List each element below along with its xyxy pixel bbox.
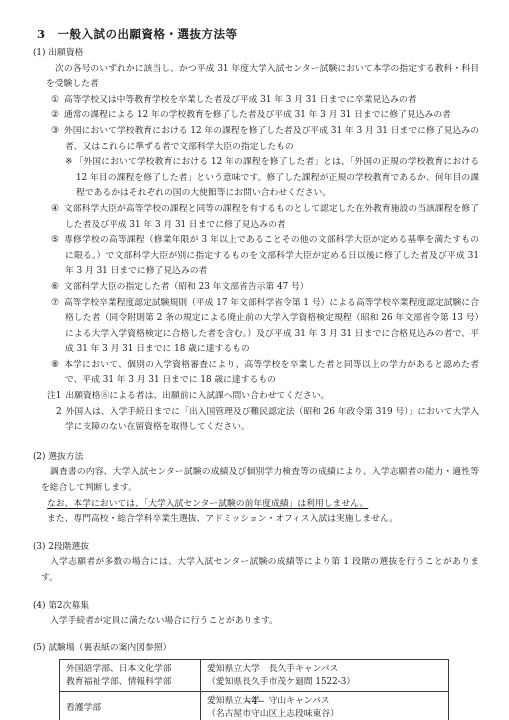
section-two-stage-selection: (3) 2段階選抜 入学志願者が多数の場合には、大学入試センター試験の成績等によ… (33, 540, 479, 587)
campus-cell: 愛知県立大学 長久手キャンパス （愛知県長久手市茂ケ廻間 1522-3） (201, 660, 449, 692)
section-selection-method: (2) 選抜方法 調査書の内容、大学入試センター試験の成績及び個別学力検査等の成… (33, 450, 479, 528)
footnote-2: 2外国人は、入学手続日までに「出入国管理及び難民認定法（昭和 26 年政令第 3… (33, 405, 479, 436)
item-marker: ⑦ (51, 298, 59, 308)
exam-site-table: 外国語学部、日本文化学部 教育福祉学部、情報科学部 愛知県立大学 長久手キャンパ… (59, 659, 449, 720)
qualification-item-7: ⑦高等学校卒業程度認定試験規則（平成 17 年文部科学省令第 1 号）による高等… (33, 296, 479, 358)
section-exam-sites: (5) 試験場（裏表紙の案内図参照） 外国語学部、日本文化学部 教育福祉学部、情… (33, 641, 479, 720)
document-content: 3 一般入試の出願資格・選抜方法等 (1) 出願資格 次の各号のいずれかに該当し… (33, 26, 479, 720)
qualification-remark: ※「外国において学校教育における 12 年の課程を修了した者」とは、「外国の正規… (33, 155, 479, 202)
page-number: −4− (0, 697, 509, 707)
campus-address: （名古屋市守山区上志段味東谷） (207, 708, 442, 720)
footnote-marker: 注1 (47, 391, 61, 401)
section-second-recruitment: (4) 第2次募集 入学手続者が定員に満たない場合に行うことがあります。 (33, 599, 479, 630)
item-marker: ① (51, 95, 59, 105)
item-marker: ⑥ (51, 282, 59, 292)
section-1-heading: (1) 出願資格 (33, 46, 479, 62)
no-ao-exam-note: また、専門高校・総合学科卒業生選抜、アドミッション・オフィス入試は実施しません。 (47, 512, 479, 528)
item-text: 文部科学大臣が高等学校の課程と同等の課程を有するものとして認定した在外教育施設の… (64, 204, 479, 230)
qualification-item-8: ⑧本学において、個別の入学資格審査により、高等学校を卒業した者と同等以上の学力が… (33, 358, 479, 389)
item-marker: ④ (51, 204, 59, 214)
section-1-intro: 次の各号のいずれかに該当し、かつ平成 31 年度大学入試センター試験において本学… (46, 62, 479, 93)
item-text: 本学において、個別の入学資格審査により、高等学校を卒業した者と同等以上の学力があ… (64, 360, 479, 386)
item-text: 専修学校の高等課程（修業年限が 3 年以上であることその他の文部科学大臣が定める… (64, 235, 479, 276)
item-marker: ⑤ (51, 235, 59, 245)
qualification-item-1: ①高等学校又は中等教育学校を卒業した者及び平成 31 年 3 月 31 日までに… (33, 93, 479, 109)
faculties-line: 外国語学部、日本文化学部 (66, 663, 194, 676)
item-marker: ③ (51, 126, 59, 136)
underlined-note-text: なお、本学においては、「大学入試センター試験の前年度成績」は利用しません。 (47, 499, 368, 509)
selection-method-paragraph: 調査書の内容、大学入試センター試験の成績及び個別学力検査等の成績により、入学志願… (41, 465, 479, 496)
item-text: 文部科学大臣の指定した者（昭和 23 年文部省告示第 47 号） (64, 282, 309, 292)
footnote-text: 外国人は、入学手続日までに「出入国管理及び難民認定法（昭和 26 年政令第 31… (65, 407, 479, 433)
second-recruitment-paragraph: 入学手続者が定員に満たない場合に行うことがあります。 (41, 614, 479, 630)
section-3-heading: (3) 2段階選抜 (33, 540, 479, 556)
remark-marker: ※ (65, 157, 72, 167)
item-marker: ⑧ (51, 360, 59, 370)
section-4-heading: (4) 第2次募集 (33, 599, 479, 615)
qualification-item-2: ②通常の課程による 12 年の学校教育を修了した者及び平成 31 年 3 月 3… (33, 108, 479, 124)
document-page: 3 一般入試の出願資格・選抜方法等 (1) 出願資格 次の各号のいずれかに該当し… (0, 0, 509, 720)
item-text: 高等学校卒業程度認定試験規則（平成 17 年文部科学省令第 1 号）による高等学… (64, 298, 479, 355)
footnote-marker: 2 (56, 407, 62, 417)
item-text: 通常の課程による 12 年の学校教育を修了した者及び平成 31 年 3 月 31… (64, 110, 451, 120)
campus-name: 愛知県立大学 長久手キャンパス (207, 663, 442, 676)
two-stage-selection-paragraph: 入学志願者が多数の場合には、大学入試センター試験の成績等により第 1 段階の選抜… (41, 555, 479, 586)
remark-text: 「外国において学校教育における 12 年の課程を修了した者」とは、「外国の正規の… (74, 157, 479, 198)
qualification-item-5: ⑤専修学校の高等課程（修業年限が 3 年以上であることその他の文部科学大臣が定め… (33, 233, 479, 280)
section-5-heading: (5) 試験場（裏表紙の案内図参照） (33, 641, 479, 657)
footnote-1: 注1出願資格⑧による者は、出願前に入試課へ問い合わせてください。 (33, 389, 479, 405)
faculties-cell: 外国語学部、日本文化学部 教育福祉学部、情報科学部 (60, 660, 201, 692)
table-row: 外国語学部、日本文化学部 教育福祉学部、情報科学部 愛知県立大学 長久手キャンパ… (60, 660, 449, 692)
item-text: 外国において学校教育における 12 年の課程を修了した者及び平成 31 年 3 … (64, 126, 479, 152)
section-application-qualifications: (1) 出願資格 次の各号のいずれかに該当し、かつ平成 31 年度大学入試センタ… (33, 46, 479, 436)
underlined-note: なお、本学においては、「大学入試センター試験の前年度成績」は利用しません。 (47, 497, 479, 513)
item-marker: ② (51, 110, 59, 120)
qualification-item-6: ⑥文部科学大臣の指定した者（昭和 23 年文部省告示第 47 号） (33, 280, 479, 296)
footnote-text: 出願資格⑧による者は、出願前に入試課へ問い合わせてください。 (65, 391, 329, 401)
page-title: 3 一般入試の出願資格・選抜方法等 (37, 26, 479, 42)
qualification-item-3: ③外国において学校教育における 12 年の課程を修了した者及び平成 31 年 3… (33, 124, 479, 155)
item-text: 高等学校又は中等教育学校を卒業した者及び平成 31 年 3 月 31 日までに卒… (64, 95, 417, 105)
qualification-item-4: ④文部科学大臣が高等学校の課程と同等の課程を有するものとして認定した在外教育施設… (33, 202, 479, 233)
campus-address: （愛知県長久手市茂ケ廻間 1522-3） (207, 676, 442, 689)
section-2-heading: (2) 選抜方法 (33, 450, 479, 466)
faculties-line: 教育福祉学部、情報科学部 (66, 676, 194, 689)
